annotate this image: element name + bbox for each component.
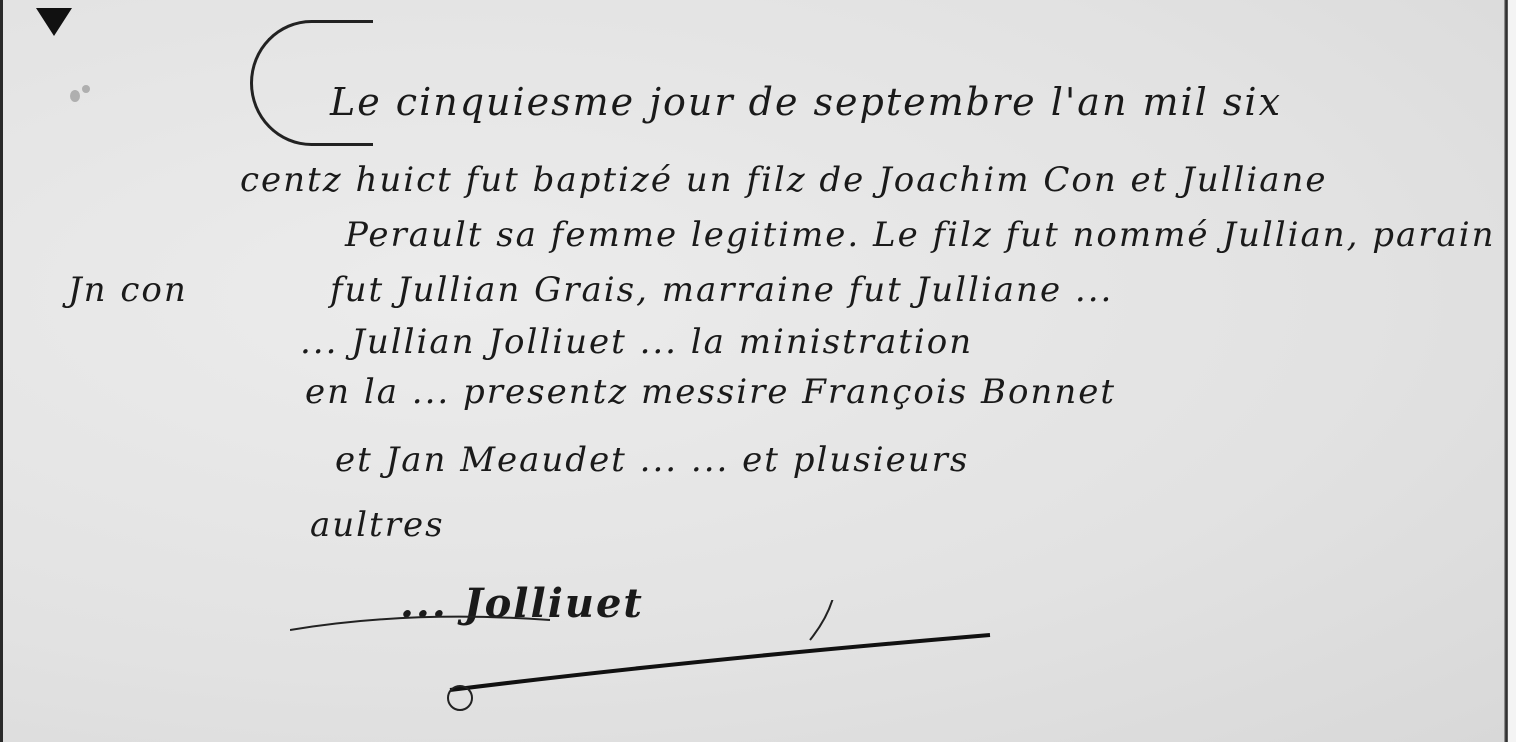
text-line-8: aultres (310, 505, 445, 545)
text-line-5: ... Jullian Jolliuet ... la ministration (300, 322, 973, 362)
manuscript-page: Jn con Le cinquiesme jour de septembre l… (0, 0, 1516, 742)
page-left-edge (0, 0, 3, 742)
text-line-3: Perault sa femme legitime. Le filz fut n… (345, 215, 1496, 255)
signature-flourish (290, 600, 1290, 720)
scan-border (1508, 0, 1516, 742)
ink-spot (82, 85, 90, 93)
text-line-2: centz huict fut baptizé un filz de Joach… (240, 160, 1328, 200)
text-line-1: Le cinquiesme jour de septembre l'an mil… (330, 80, 1282, 124)
page-right-edge (1504, 0, 1508, 742)
ink-spot (70, 90, 80, 102)
text-line-6: en la ... presentz messire François Bonn… (305, 372, 1116, 412)
margin-note: Jn con (68, 270, 188, 310)
ink-blot (36, 8, 72, 36)
text-line-7: et Jan Meaudet ... ... et plusieurs (335, 440, 969, 480)
text-line-4: fut Jullian Grais, marraine fut Julliane… (330, 270, 1113, 310)
